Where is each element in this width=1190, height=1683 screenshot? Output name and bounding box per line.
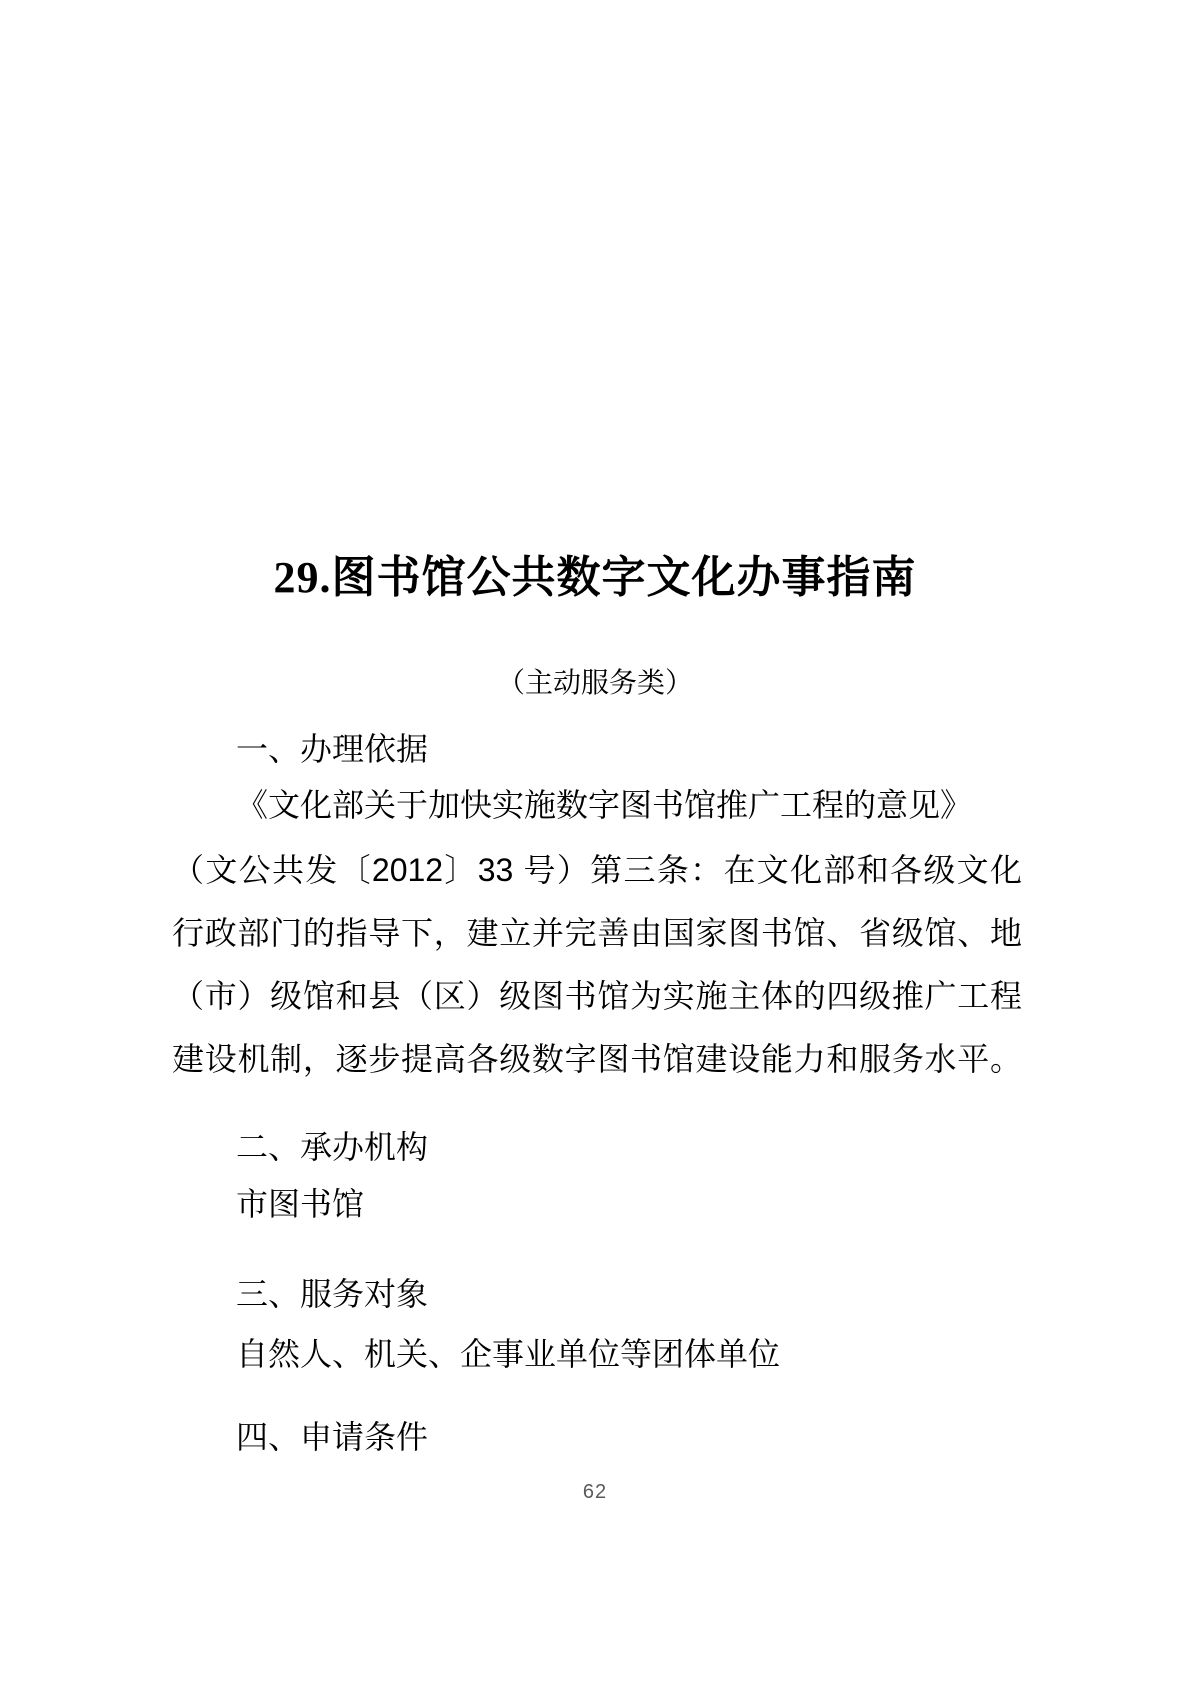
page-number: 62 bbox=[0, 1480, 1190, 1504]
section-heading-agency: 二、承办机构 bbox=[236, 1128, 428, 1166]
section-body-audience: 自然人、机关、企事业单位等团体单位 bbox=[236, 1335, 780, 1373]
document-page: 29.图书馆公共数字文化办事指南 （主动服务类） 一、办理依据 《文化部关于加快… bbox=[0, 0, 1190, 1683]
document-subtitle: （主动服务类） bbox=[0, 666, 1190, 700]
paragraph-line: 建设机制，逐步提高各级数字图书馆建设能力和服务水平。 bbox=[172, 1040, 1022, 1078]
document-title: 29.图书馆公共数字文化办事指南 bbox=[0, 552, 1190, 605]
section-body-agency: 市图书馆 bbox=[236, 1185, 364, 1223]
paragraph-line: 行政部门的指导下，建立并完善由国家图书馆、省级馆、地 bbox=[172, 914, 1022, 952]
paragraph-line: （市）级馆和县（区）级图书馆为实施主体的四级推广工程 bbox=[172, 977, 1022, 1015]
paragraph-line: （文公共发〔2012〕33 号）第三条：在文化部和各级文化 bbox=[172, 851, 1022, 889]
section-heading-conditions: 四、申请条件 bbox=[236, 1418, 428, 1456]
paragraph-line: 《文化部关于加快实施数字图书馆推广工程的意见》 bbox=[236, 786, 972, 824]
section-heading-audience: 三、服务对象 bbox=[236, 1275, 428, 1313]
section-heading-basis: 一、办理依据 bbox=[236, 730, 428, 768]
